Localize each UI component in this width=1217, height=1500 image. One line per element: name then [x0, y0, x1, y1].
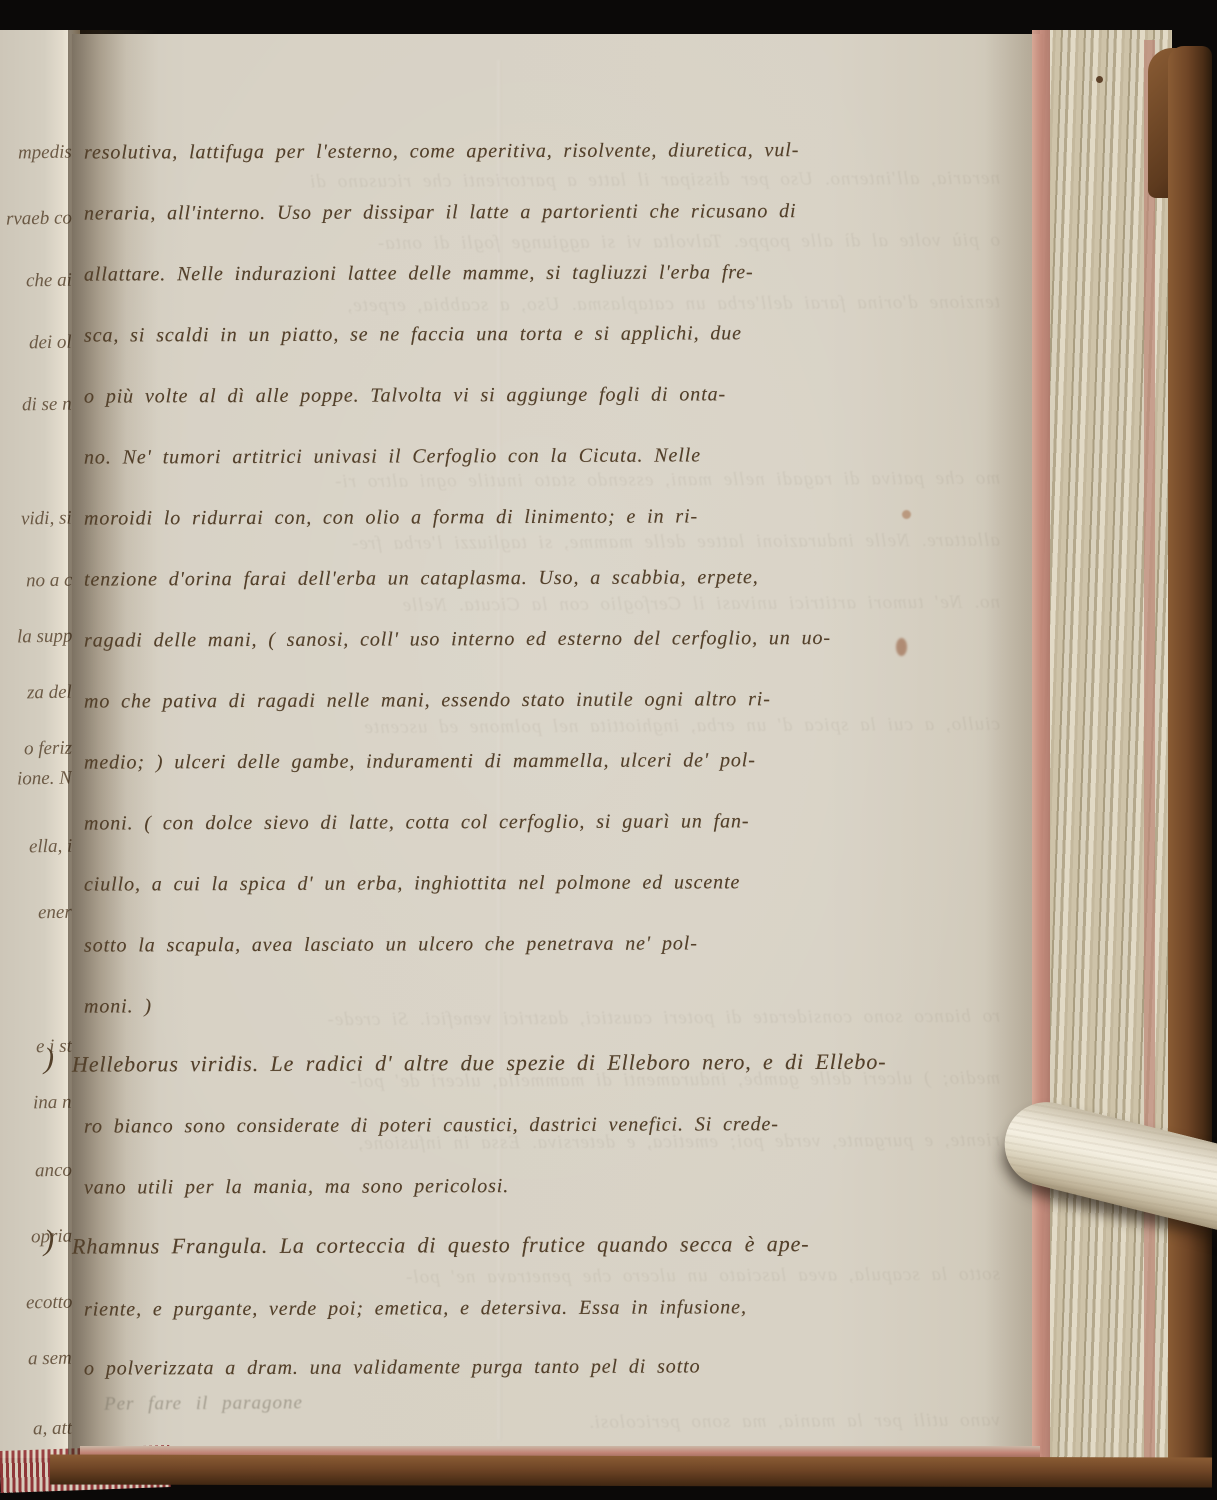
manuscript-page [72, 34, 1040, 1454]
facing-page-fragment: ella, i [29, 836, 73, 859]
facing-page-fragment: o feriz [24, 738, 72, 761]
facing-page-fragment: a sem [28, 1348, 72, 1371]
facing-page-fragment: anco [35, 1160, 72, 1183]
facing-page-fragment: no a c [25, 570, 72, 593]
facing-page-fragment: ener [38, 902, 72, 925]
facing-page-fragment: e i st [36, 1036, 72, 1059]
bone-page-holder-tip [996, 1093, 1217, 1257]
facing-page-fragment: opria [31, 1226, 73, 1249]
facing-page-fragment: ina n [33, 1092, 72, 1115]
facing-page-fragment: ione. N [17, 768, 72, 791]
bone-page-holder [998, 1058, 1217, 1298]
facing-page-fragment: ecotto [25, 1292, 72, 1315]
facing-page-fragment: vidi, si [21, 508, 72, 531]
facing-page-fragment: a, att [33, 1418, 72, 1441]
manuscript-photo: mpedis rvaeb co che ai dei ol di se n vi… [0, 0, 1217, 1500]
page-crease [497, 60, 501, 1440]
facing-page-fragment: di se n [22, 394, 72, 417]
leather-cover-bottom [50, 1454, 1212, 1487]
facing-page-fragment: za del [27, 682, 72, 705]
facing-page-fragment: che ai [26, 270, 72, 293]
facing-page-fragment: la supp [16, 626, 72, 649]
facing-page-sliver: mpedis rvaeb co che ai dei ol di se n vi… [0, 30, 80, 1458]
facing-page-fragment: mpedis [18, 142, 72, 165]
facing-page-fragment: dei ol [29, 332, 72, 355]
facing-page-fragment: rvaeb co [6, 207, 72, 230]
